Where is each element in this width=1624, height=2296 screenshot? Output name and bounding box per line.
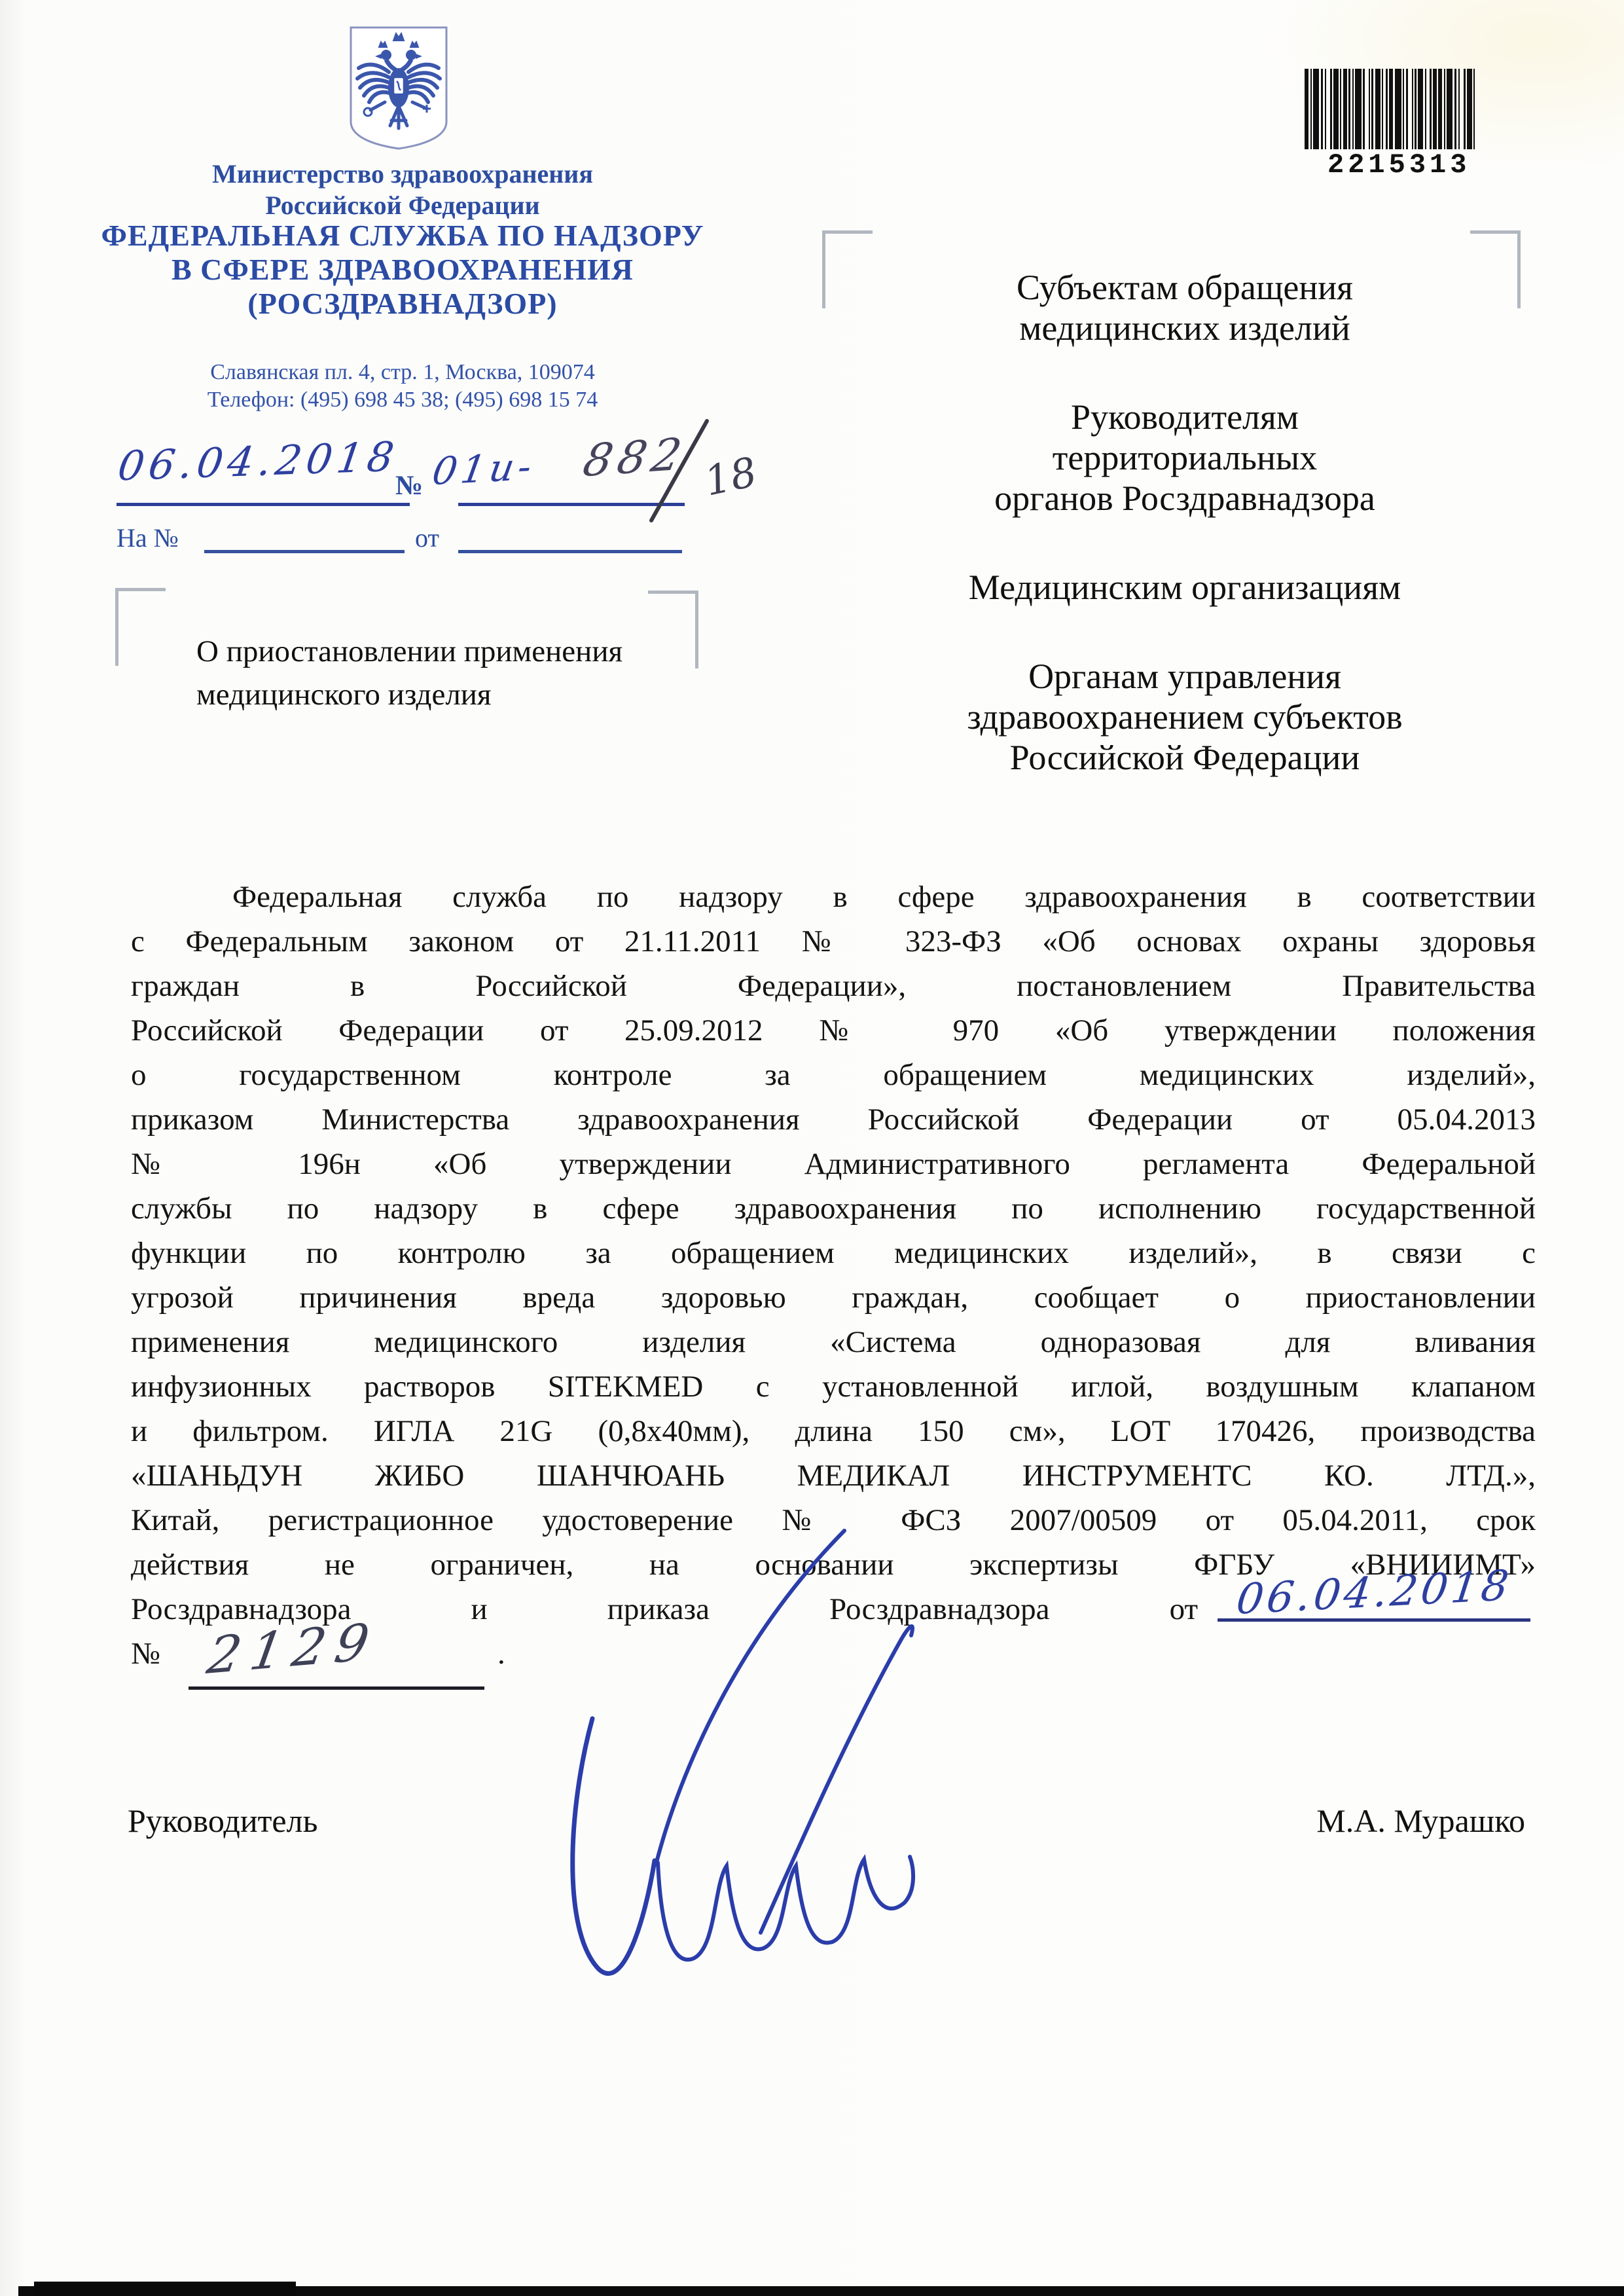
ministry-line2: Российской Федерации [92,190,713,221]
outgoing-no-symbol: № [395,470,423,501]
recipient-line: Органам управления [857,656,1512,697]
recipient-line: здравоохранением субъектов [857,697,1512,737]
recipient-group: Руководителям территориальных органов Ро… [857,397,1512,519]
signer-title: Руководитель [128,1802,317,1840]
reply-date-blank [458,550,682,553]
body-text: Федеральная служба по надзору в сфере зд… [131,875,1536,1697]
subject-line1: О приостановлении применения [196,630,694,673]
agency-contacts: Славянская пл. 4, стр. 1, Москва, 109074… [92,359,713,414]
body-line: о государственном контроле за обращением… [131,1053,1536,1097]
body-line: Китай, регистрационное удостоверение № Ф… [131,1498,1536,1542]
crop-mark-subject-left [115,588,166,666]
ministry-line1: Министерство здравоохранения [92,158,713,190]
number-suffix-text: 18 [700,448,761,505]
order-date-handwritten: 06.04.2018 [1234,1561,1515,1624]
agency-line2: В СФЕРЕ ЗДРАВООХРАНЕНИЯ [72,253,733,287]
outgoing-date-handwritten: 06.04.2018 [115,433,402,490]
body-line: № 196н «Об утверждении Административного… [131,1142,1536,1186]
body-line: инфузионных растворов SITEKMED с установ… [131,1364,1536,1409]
scan-edge-artifact [34,2282,296,2296]
reply-number-blank [204,550,405,553]
order-no-symbol: № [131,1631,160,1676]
body-line: с Федеральным законом от 21.11.2011 № 32… [131,919,1536,964]
ministry-name: Министерство здравоохранения Российской … [92,158,713,221]
agency-line1: ФЕДЕРАЛЬНАЯ СЛУЖБА ПО НАДЗОРУ [72,219,733,253]
subject-line2: медицинского изделия [196,673,694,716]
order-number-underline [189,1686,484,1690]
body-line: Федеральная служба по надзору в сфере зд… [131,875,1536,919]
recipient-line: Российской Федерации [857,737,1512,778]
recipient-line: медицинских изделий [857,308,1512,348]
coat-of-arms-icon [346,25,452,151]
body-line: службы по надзору в сфере здравоохранени… [131,1186,1536,1231]
body-line-with-number: № 2129 . [131,1631,1536,1697]
number-suffix-handwritten: 18 [635,376,785,540]
body-line: функции по контролю за обращением медици… [131,1231,1536,1275]
signer-name: М.А. Мурашко [1244,1802,1525,1840]
order-date-handwritten-field: 06.04.2018 [1218,1569,1530,1622]
body-line: Российской Федерации от 25.09.2012 № 970… [131,1008,1536,1053]
recipient-group: Органам управления здравоохранением субъ… [857,656,1512,778]
body-line: «ШАНЬДУН ЖИБО ШАНЧЮАНЬ МЕДИКАЛ ИНСТРУМЕН… [131,1453,1536,1498]
agency-name: ФЕДЕРАЛЬНАЯ СЛУЖБА ПО НАДЗОРУ В СФЕРЕ ЗД… [72,219,733,321]
barcode-number: 2215313 [1327,149,1458,181]
agency-phone: Телефон: (495) 698 45 38; (495) 698 15 7… [92,386,713,414]
body-line: применения медицинского изделия «Система… [131,1320,1536,1364]
sentence-period: . [497,1631,505,1676]
body-line: приказом Министерства здравоохранения Ро… [131,1097,1536,1142]
recipient-line: Субъектам обращения [857,267,1512,308]
recipient-group: Субъектам обращения медицинских изделий [857,267,1512,348]
agency-address: Славянская пл. 4, стр. 1, Москва, 109074 [92,359,713,386]
subject-block: О приостановлении применения медицинског… [196,630,694,716]
reply-to-label: На № [117,522,179,553]
recipients-block: Субъектам обращения медицинских изделий … [857,267,1512,826]
body-line: и фильтром. ИГЛА 21G (0,8х40мм), длина 1… [131,1409,1536,1453]
barcode [1305,69,1476,149]
recipient-line: территориальных [857,437,1512,478]
date-underline [117,503,410,506]
recipient-line: Руководителям [857,397,1512,437]
outgoing-number-handwritten: 01и- [429,444,539,494]
body-line: граждан в Российской Федерации», постано… [131,964,1536,1008]
recipient-line: Медицинским организациям [857,567,1512,608]
recipient-line: органов Росздравнадзора [857,478,1512,519]
body-line: угрозой причинения вреда здоровью гражда… [131,1275,1536,1320]
reply-from-label: от [415,522,439,553]
agency-line3: (РОСЗДРАВНАДЗОР) [72,287,733,321]
recipient-group: Медицинским организациям [857,567,1512,608]
